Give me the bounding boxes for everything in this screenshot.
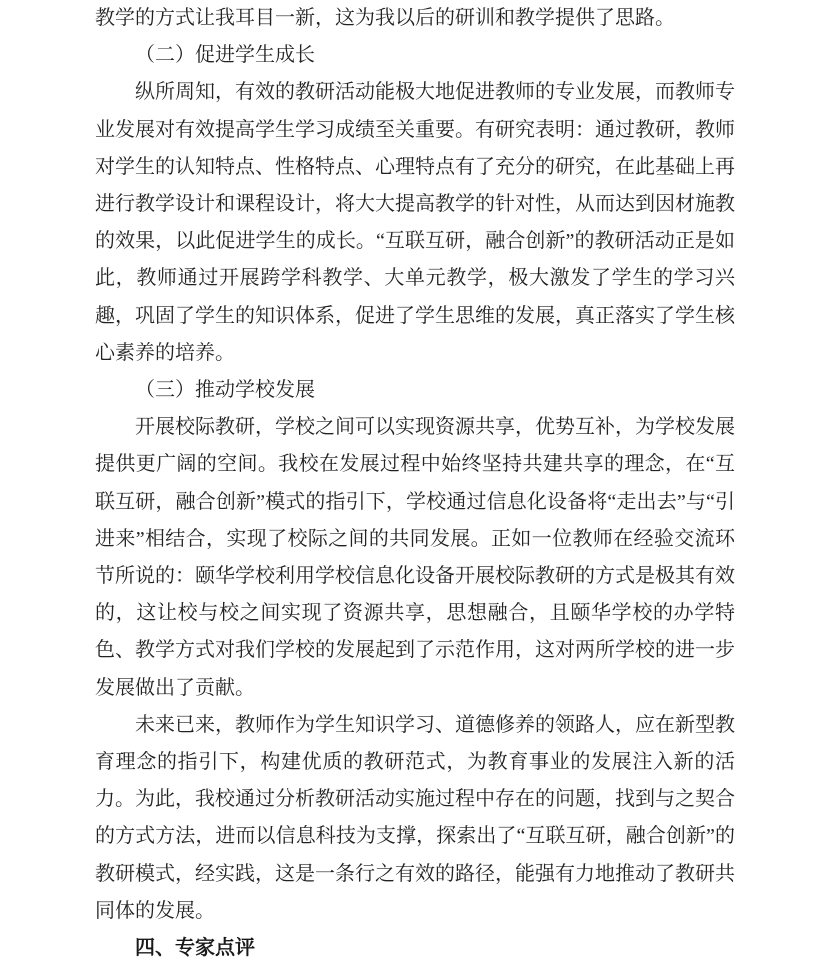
paragraph-school-development: 开展校际教研，学校之间可以实现资源共享，优势互补，为学校发展提供更广阔的空间。我… <box>95 409 735 707</box>
document-page: 教学的方式让我耳目一新，这为我以后的研训和教学提供了思路。 （二）促进学生成长 … <box>0 0 827 967</box>
paragraph-promote-student-growth: 纵所周知，有效的教研活动能极大地促进教师的专业发展，而教师专业发展对有效提高学生… <box>95 74 735 372</box>
paragraph-future-outlook: 未来已来，教师作为学生知识学习、道德修养的领路人，应在新型教育理念的指引下，构建… <box>95 707 735 930</box>
chapter-heading-expert-comments: 四、专家点评 <box>95 930 735 967</box>
paragraph-continuation: 教学的方式让我耳目一新，这为我以后的研训和教学提供了思路。 <box>95 0 735 37</box>
section-heading-3: （三）推动学校发展 <box>95 372 735 409</box>
section-heading-2: （二）促进学生成长 <box>95 37 735 74</box>
